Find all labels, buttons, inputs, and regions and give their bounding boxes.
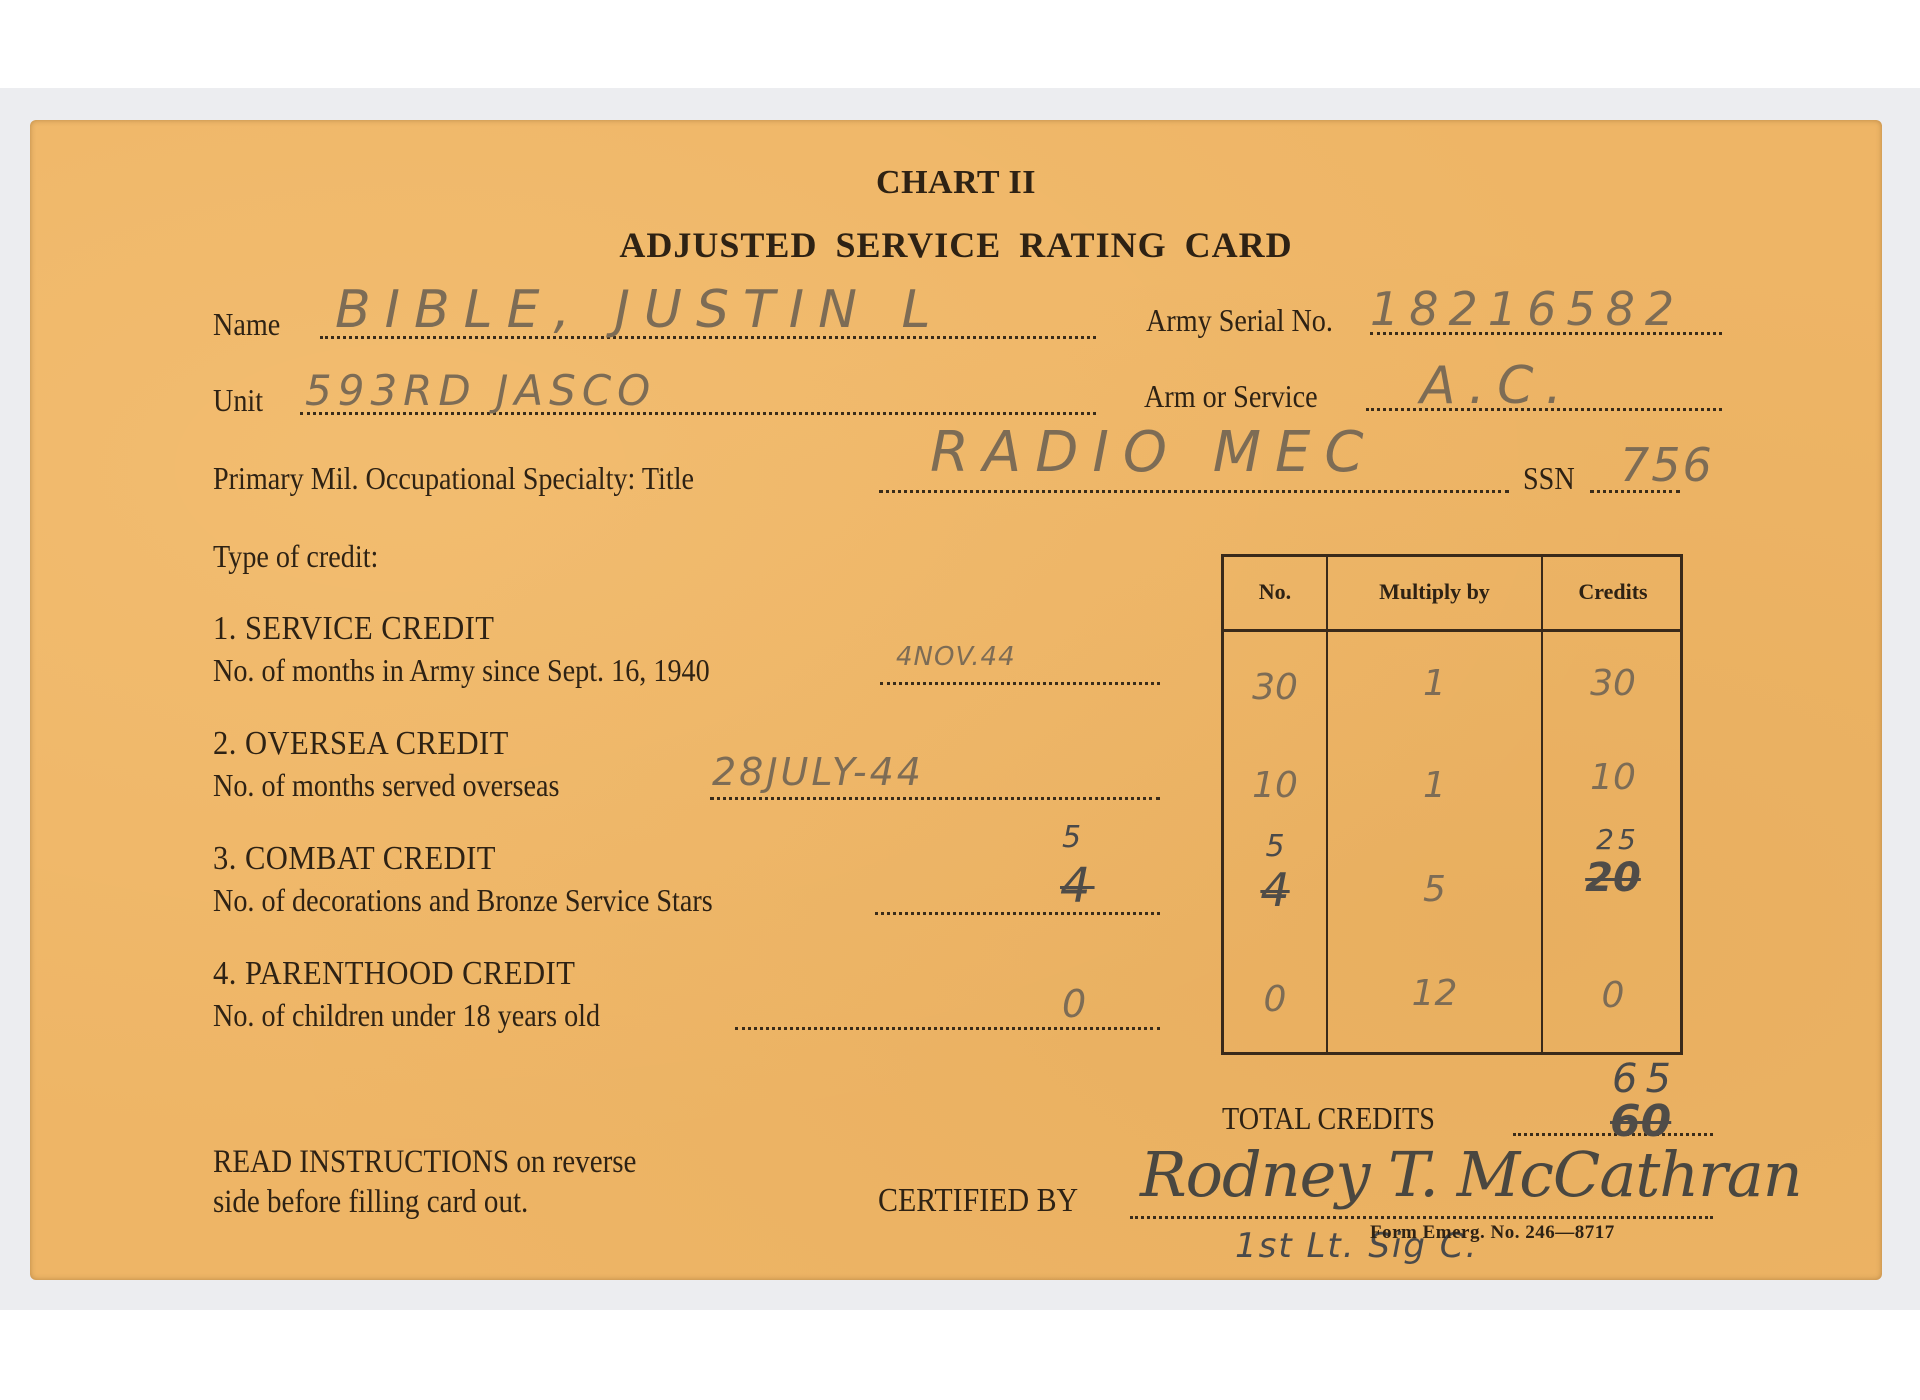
certified-by-line	[1130, 1216, 1713, 1219]
unit-label: Unit	[213, 382, 263, 419]
combat-credit-description: No. of decorations and Bronze Service St…	[213, 882, 713, 919]
arm-service-field[interactable]: A.C.	[1420, 356, 1574, 416]
service-credit-note[interactable]: 4NOV.44	[896, 642, 1016, 672]
combat-credit-line	[875, 912, 1160, 915]
form-number: Form Emerg. No. 246—8717	[1370, 1222, 1615, 1244]
service-credit-description: No. of months in Army since Sept. 16, 19…	[213, 652, 710, 689]
table-cell-credits[interactable]: 20	[1543, 855, 1683, 901]
table-header-rule	[1224, 629, 1680, 632]
table-cell-no[interactable]: 10	[1224, 765, 1326, 806]
certified-by-label: CERTIFIED BY	[878, 1182, 1078, 1220]
table-header-credits: Credits	[1543, 579, 1683, 605]
service-rating-card: CHART II ADJUSTED SERVICE RATING CARD Na…	[30, 120, 1882, 1280]
primary-mos-label: Primary Mil. Occupational Specialty: Tit…	[213, 460, 694, 497]
table-header-no: No.	[1224, 579, 1326, 605]
table-cell-no[interactable]: 4	[1224, 863, 1326, 917]
oversea-credit-heading: 2. OVERSEA CREDIT	[213, 725, 509, 763]
arm-service-label: Arm or Service	[1144, 378, 1318, 415]
ssn-label: SSN	[1523, 460, 1575, 497]
service-credit-line	[880, 682, 1160, 685]
parenthood-credit-heading: 4. PARENTHOOD CREDIT	[213, 955, 575, 993]
combat-credit-note[interactable]: 4	[1060, 858, 1095, 914]
table-cell-credits[interactable]: 30	[1543, 663, 1683, 704]
chart-label: CHART II	[30, 164, 1882, 202]
certifier-signature[interactable]: Rodney T. McCathran	[1140, 1138, 1802, 1211]
primary-mos-field-line	[879, 490, 1509, 493]
ssn-field[interactable]: 756	[1620, 438, 1714, 492]
table-cell-no[interactable]: 0	[1224, 979, 1326, 1020]
unit-field[interactable]: 593RD JASCO	[305, 366, 656, 415]
service-credit-heading: 1. SERVICE CREDIT	[213, 610, 494, 648]
table-cell-multiply[interactable]: 5	[1328, 869, 1541, 910]
credits-table: No. Multiply by Credits 30 1 30 10 1 10 …	[1221, 554, 1683, 1055]
table-cell-multiply[interactable]: 1	[1328, 765, 1541, 806]
table-header-multiply: Multiply by	[1328, 579, 1541, 605]
total-credits-label: TOTAL CREDITS	[1222, 1100, 1435, 1137]
instructions-line-1: READ INSTRUCTIONS on reverse	[213, 1144, 636, 1181]
primary-mos-field[interactable]: RADIO MEC	[930, 420, 1378, 485]
oversea-credit-description: No. of months served overseas	[213, 767, 559, 804]
parenthood-credit-description: No. of children under 18 years old	[213, 997, 600, 1034]
parenthood-credit-line	[735, 1027, 1160, 1030]
card-title: ADJUSTED SERVICE RATING CARD	[30, 224, 1882, 266]
name-label: Name	[213, 306, 280, 343]
table-cell-multiply[interactable]: 12	[1328, 973, 1541, 1014]
table-cell-multiply[interactable]: 1	[1328, 663, 1541, 704]
instructions-line-2: side before filling card out.	[213, 1184, 528, 1221]
army-serial-field[interactable]: 18216582	[1370, 282, 1684, 336]
table-cell-credits-correction[interactable]: 25	[1543, 823, 1693, 856]
name-field[interactable]: BIBLE, JUSTIN L	[335, 280, 944, 340]
table-cell-no[interactable]: 30	[1224, 667, 1326, 708]
type-of-credit-label: Type of credit:	[213, 538, 378, 575]
oversea-credit-note[interactable]: 28JULY-44	[712, 750, 924, 794]
combat-credit-correction[interactable]: 5	[1062, 820, 1085, 855]
table-cell-credits[interactable]: 0	[1543, 975, 1683, 1016]
oversea-credit-line	[710, 797, 1160, 800]
parenthood-credit-note[interactable]: 0	[1062, 982, 1090, 1026]
army-serial-label: Army Serial No.	[1146, 302, 1333, 339]
table-cell-no-correction[interactable]: 5	[1224, 829, 1326, 864]
table-cell-credits[interactable]: 10	[1543, 757, 1683, 798]
combat-credit-heading: 3. COMBAT CREDIT	[213, 840, 496, 878]
